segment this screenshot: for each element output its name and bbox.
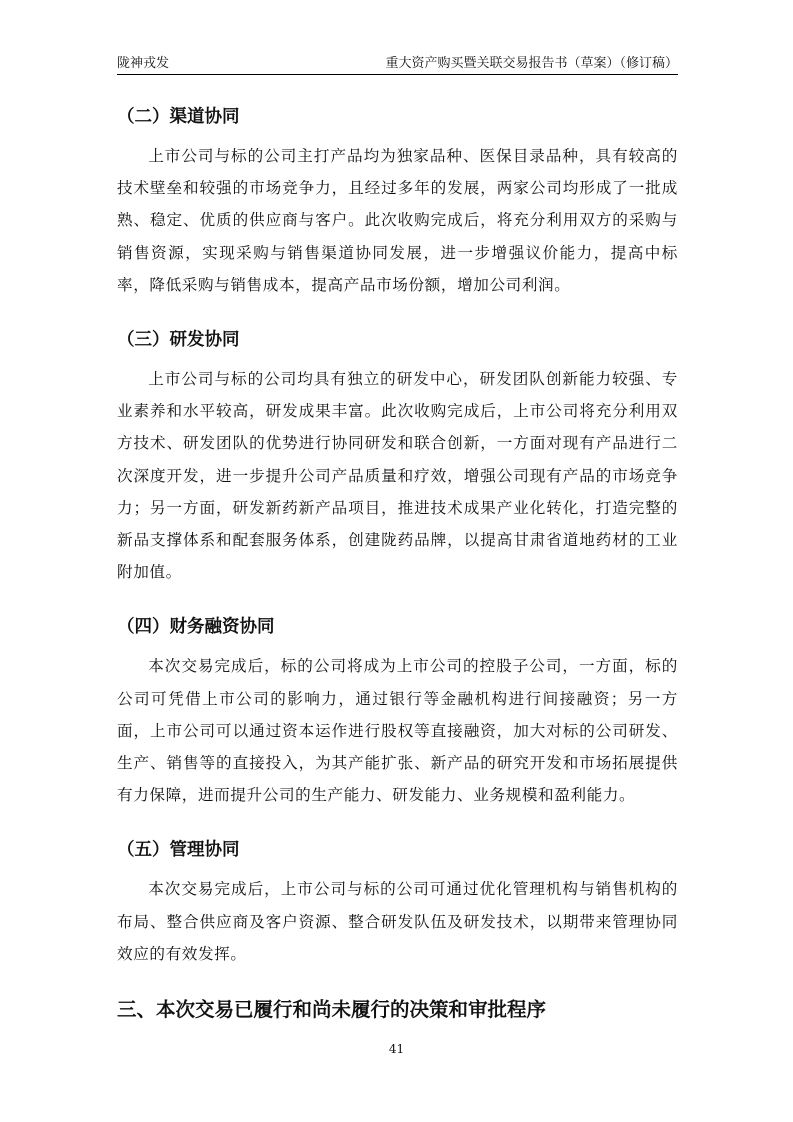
section-heading: （四）财务融资协同 [117, 610, 678, 644]
section-rd-synergy: （三）研发协同 上市公司与标的公司均具有独立的研发中心，研发团队创新能力较强、专… [117, 323, 678, 588]
section-finance-synergy: （四）财务融资协同 本次交易完成后，标的公司将成为上市公司的控股子公司，一方面，… [117, 610, 678, 811]
section-paragraph: 本次交易完成后，标的公司将成为上市公司的控股子公司，一方面，标的公司可凭借上市公… [117, 650, 678, 811]
header-document-title: 重大资产购买暨关联交易报告书（草案）（修订稿） [385, 56, 678, 72]
page-header: 陇神戎发 重大资产购买暨关联交易报告书（草案）（修订稿） [117, 56, 678, 75]
section-paragraph: 上市公司与标的公司主打产品均为独家品种、医保目录品种，具有较高的技术壁垒和较强的… [117, 140, 678, 301]
section-paragraph: 上市公司与标的公司均具有独立的研发中心，研发团队创新能力较强、专业素养和水平较高… [117, 363, 678, 588]
header-company: 陇神戎发 [117, 56, 169, 72]
section-paragraph: 本次交易完成后，上市公司与标的公司可通过优化管理机构与销售机构的布局、整合供应商… [117, 873, 678, 970]
chapter-heading: 三、本次交易已履行和尚未履行的决策和审批程序 [117, 992, 678, 1028]
section-heading: （二）渠道协同 [117, 100, 678, 134]
page-number: 41 [0, 1042, 793, 1056]
section-heading: （五）管理协同 [117, 833, 678, 867]
page-content: （二）渠道协同 上市公司与标的公司主打产品均为独家品种、医保目录品种，具有较高的… [117, 100, 678, 1028]
section-heading: （三）研发协同 [117, 323, 678, 357]
section-channel-synergy: （二）渠道协同 上市公司与标的公司主打产品均为独家品种、医保目录品种，具有较高的… [117, 100, 678, 301]
section-management-synergy: （五）管理协同 本次交易完成后，上市公司与标的公司可通过优化管理机构与销售机构的… [117, 833, 678, 970]
